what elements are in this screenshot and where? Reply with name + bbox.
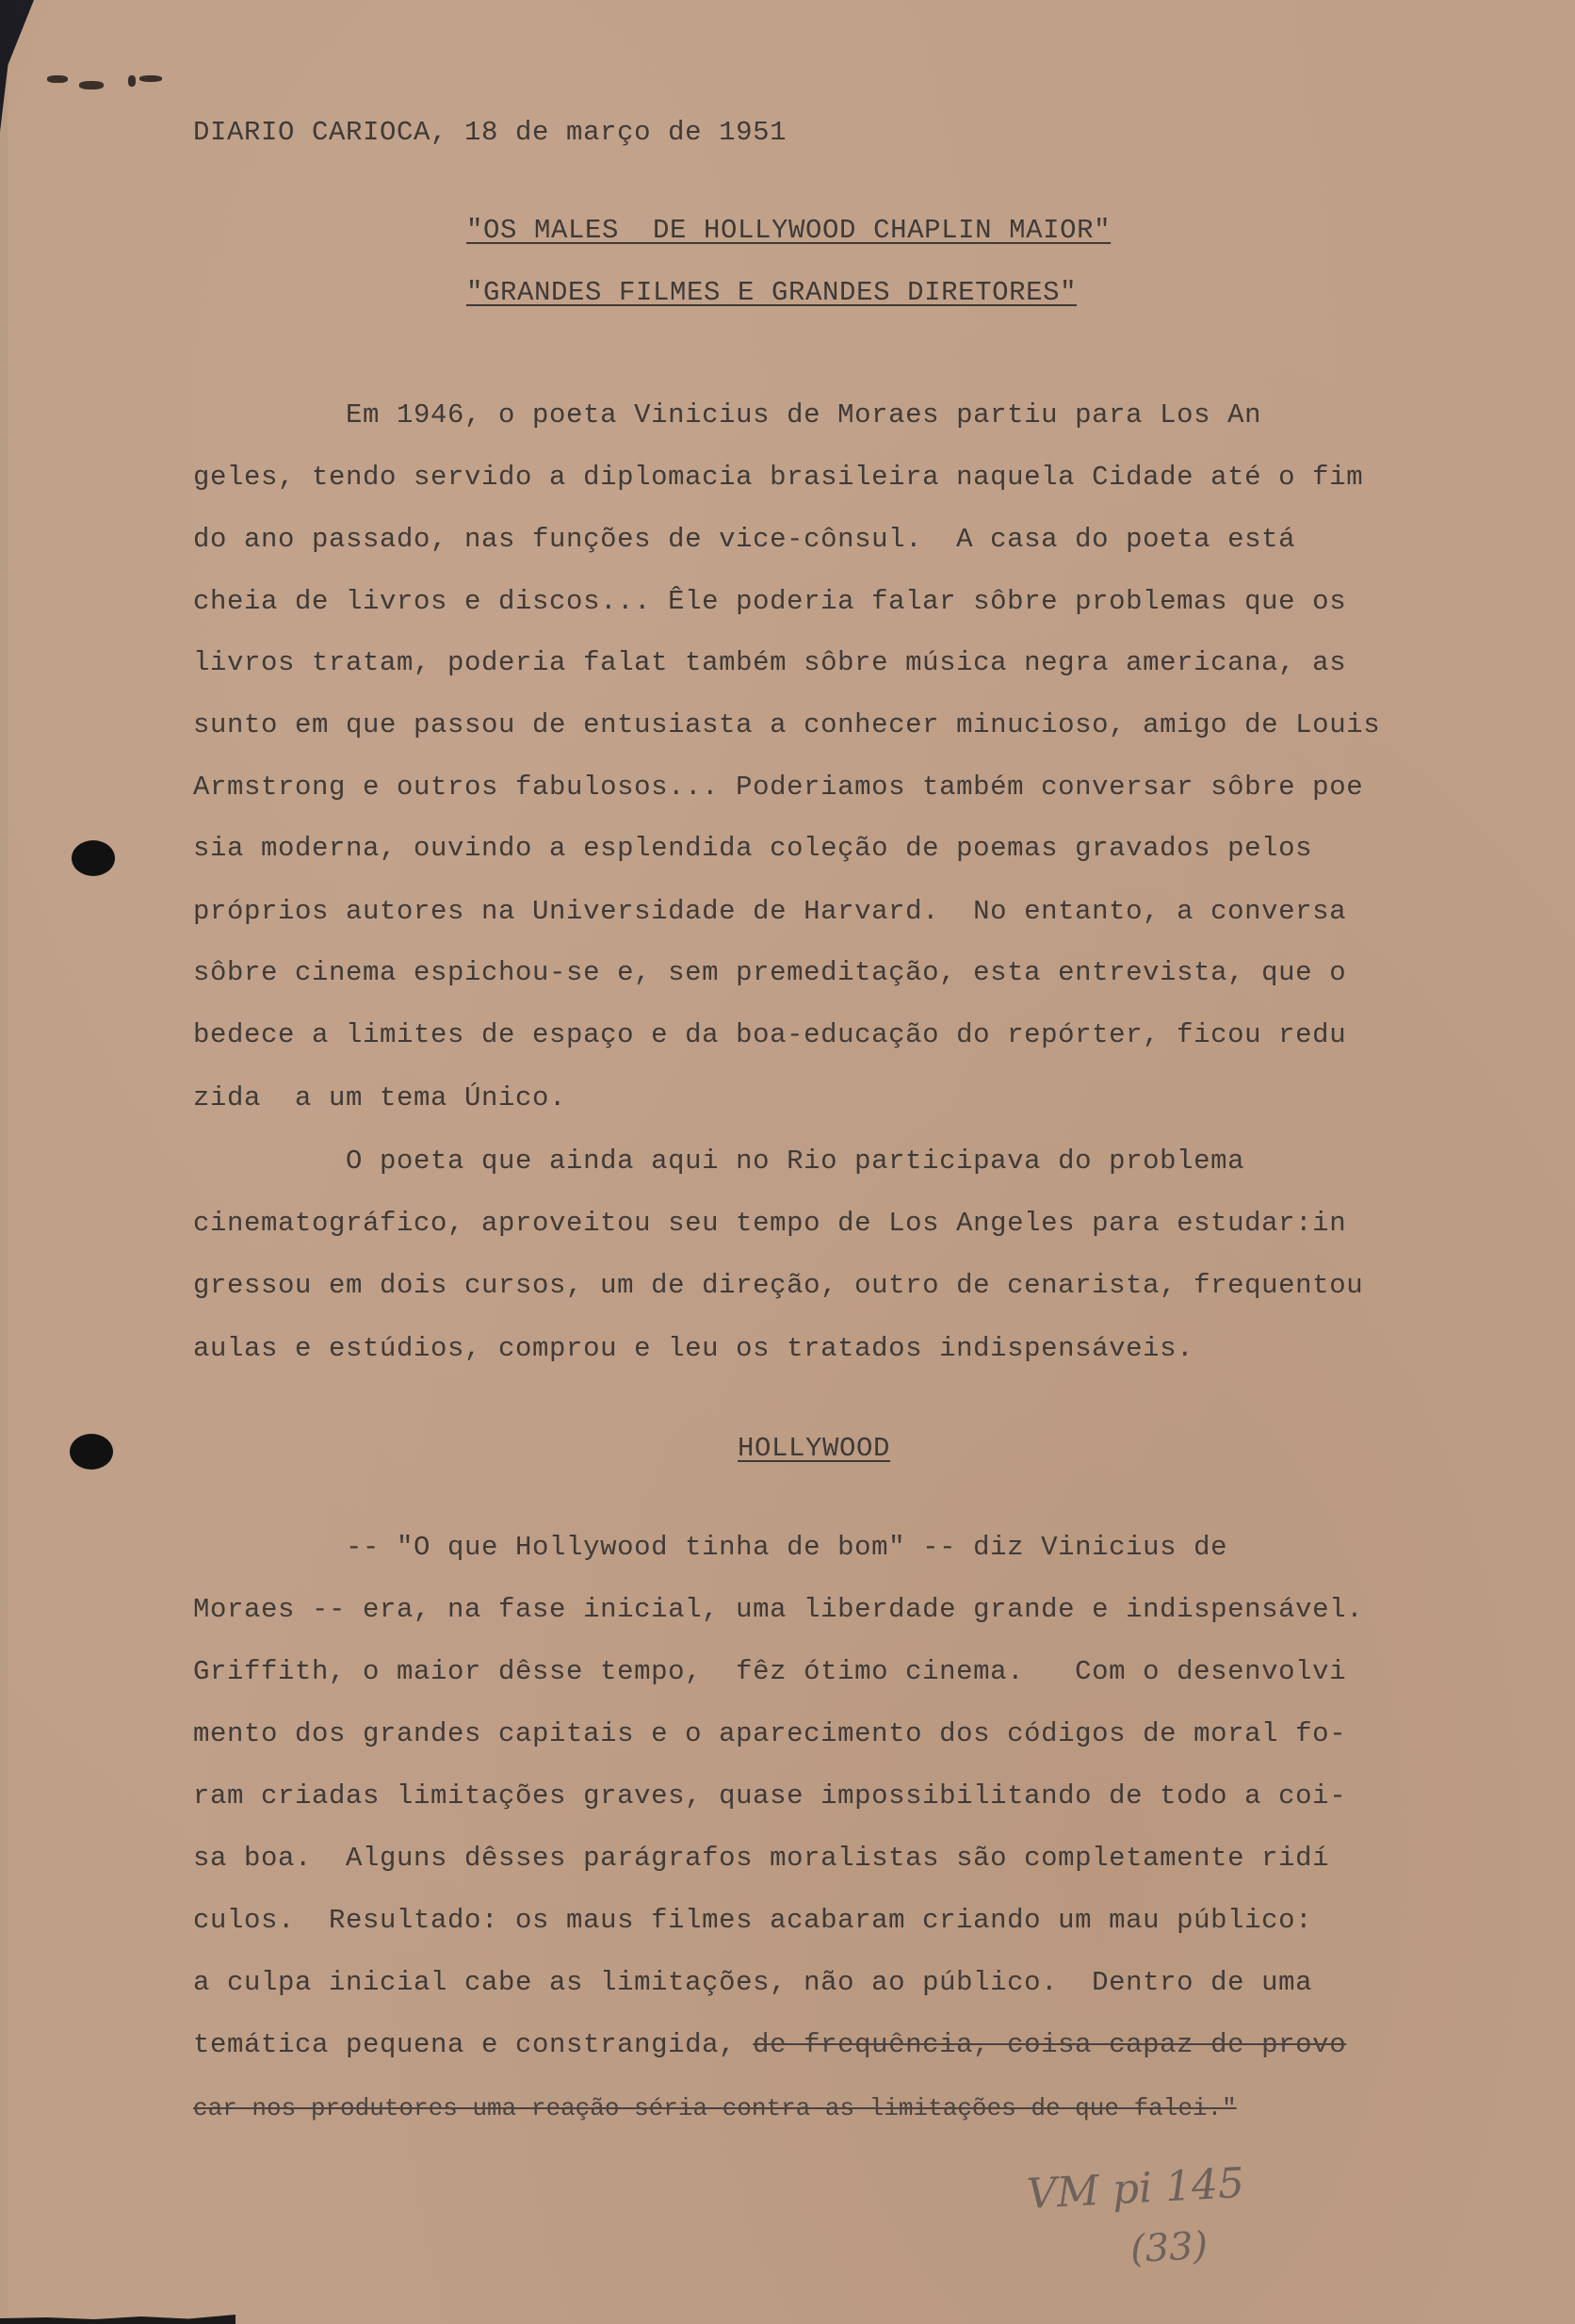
- article-title-2: "GRANDES FILMES E GRANDES DIRETORES": [466, 277, 1077, 309]
- text-line: sa boa. Alguns dêsses parágrafos moralis…: [193, 1843, 1329, 1875]
- text-line: bedece a limites de espaço e da boa-educ…: [193, 1019, 1346, 1051]
- text-line: ram criadas limitações graves, quase imp…: [193, 1780, 1346, 1812]
- paper-damage-mark: [79, 81, 104, 89]
- struck-out-text: de frequência, coisa capaz de provo: [753, 2029, 1346, 2060]
- struck-out-text: car nos produtores uma reação séria cont…: [193, 2092, 1237, 2124]
- text-line: Armstrong e outros fabulosos... Poderiam…: [193, 772, 1363, 804]
- text-line: -- "O que Hollywood tinha de bom" -- diz…: [193, 1532, 1227, 1564]
- text-fragment: temática pequena e constrangida,: [193, 2029, 753, 2060]
- handwritten-page-number: (33): [1129, 2223, 1210, 2272]
- text-line: O poeta que ainda aqui no Rio participav…: [193, 1146, 1244, 1178]
- text-line: mento dos grandes capitais e o aparecime…: [193, 1718, 1346, 1750]
- text-line: aulas e estúdios, comprou e leu os trata…: [193, 1333, 1193, 1365]
- paper-damage-mark: [139, 75, 162, 82]
- newspaper-dateline: DIARIO CARIOCA, 18 de março de 1951: [193, 117, 787, 149]
- section-heading: HOLLYWOOD: [738, 1433, 890, 1465]
- text-line: sia moderna, ouvindo a esplendida coleçã…: [193, 833, 1312, 865]
- article-title-1: "OS MALES DE HOLLYWOOD CHAPLIN MAIOR": [466, 215, 1111, 247]
- punch-hole: [70, 1434, 113, 1470]
- text-line: Griffith, o maior dêsse tempo, fêz ótimo…: [193, 1656, 1346, 1688]
- text-line: sunto em que passou de entusiasta a conh…: [193, 709, 1380, 741]
- text-line: Em 1946, o poeta Vinicius de Moraes part…: [193, 399, 1261, 431]
- text-line: culos. Resultado: os maus filmes acabara…: [193, 1905, 1312, 1937]
- text-line: do ano passado, nas funções de vice-côns…: [193, 524, 1295, 556]
- paper-damage-mark: [128, 75, 136, 87]
- text-line: temática pequena e constrangida, de freq…: [193, 2029, 1346, 2061]
- text-line: cinematográfico, aproveitou seu tempo de…: [193, 1208, 1346, 1240]
- text-line: a culpa inicial cabe as limitações, não …: [193, 1967, 1312, 1999]
- text-line: cheia de livros e discos... Êle poderia …: [193, 586, 1346, 618]
- text-line: geles, tendo servido a diplomacia brasil…: [193, 462, 1363, 494]
- punch-hole: [72, 840, 115, 876]
- text-line: zida a um tema Único.: [193, 1082, 566, 1114]
- text-line: sôbre cinema espichou-se e, sem premedit…: [193, 957, 1346, 989]
- text-line: próprios autores na Universidade de Harv…: [193, 896, 1346, 928]
- text-line: livros tratam, poderia falat também sôbr…: [193, 647, 1346, 679]
- paper-damage-mark: [47, 75, 68, 83]
- text-line: Moraes -- era, na fase inicial, uma libe…: [193, 1594, 1363, 1626]
- text-line: gressou em dois cursos, um de direção, o…: [193, 1270, 1363, 1302]
